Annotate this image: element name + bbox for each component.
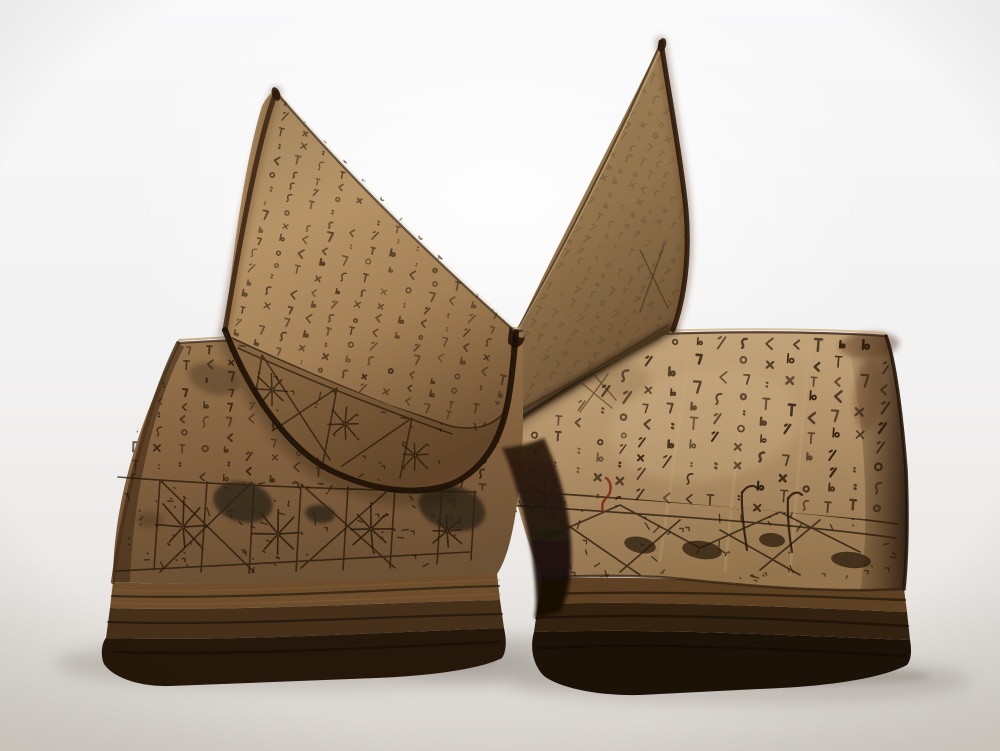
vignette bbox=[0, 0, 1000, 751]
manuscript-book-photograph bbox=[0, 0, 1000, 751]
photograph-stage bbox=[0, 0, 1000, 751]
